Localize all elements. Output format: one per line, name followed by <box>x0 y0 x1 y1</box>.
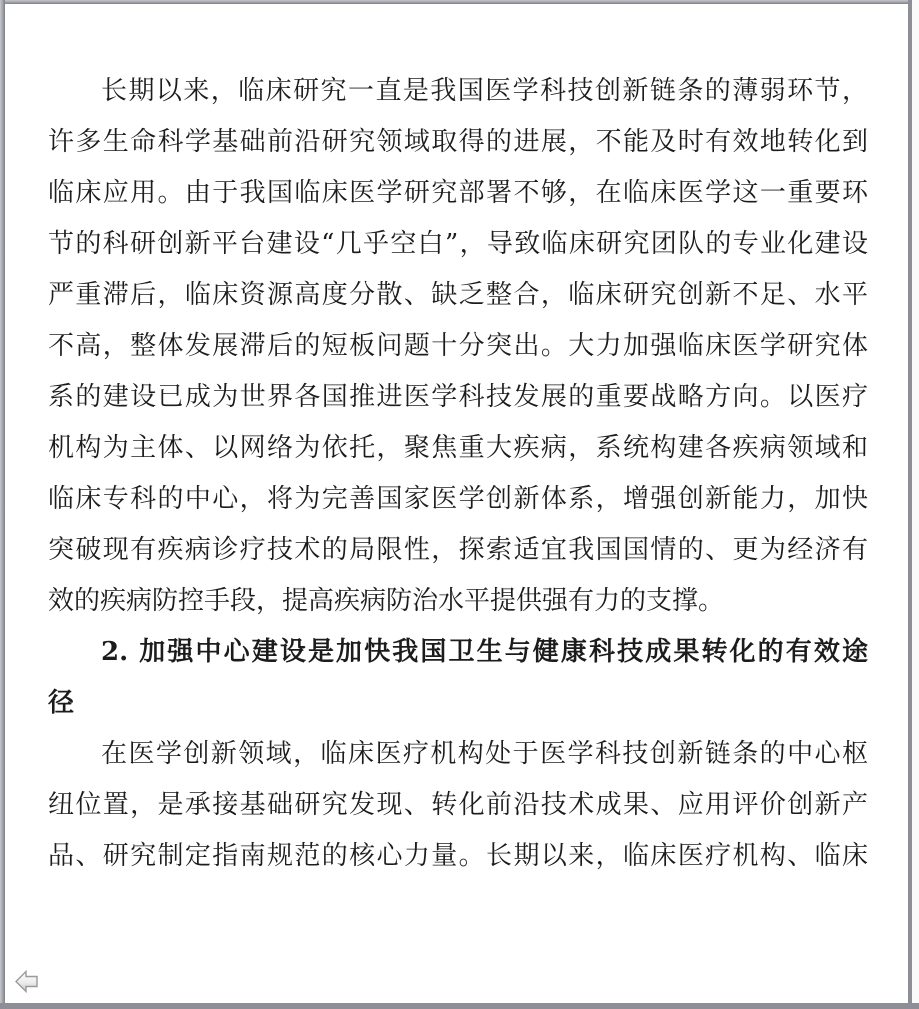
text-line: 长期以来，临床研究一直是我国医学科技创新链条的薄弱环节， <box>48 66 868 117</box>
document-page: 长期以来，临床研究一直是我国医学科技创新链条的薄弱环节，许多生命科学基础前沿研究… <box>5 4 908 1003</box>
text-line: 节的科研创新平台建设“几乎空白”，导致临床研究团队的专业化建设 <box>48 219 868 270</box>
text-line: 系的建设已成为世界各国推进医学科技发展的重要战略方向。以医疗 <box>48 372 868 423</box>
paragraph: 长期以来，临床研究一直是我国医学科技创新链条的薄弱环节，许多生命科学基础前沿研究… <box>48 66 868 627</box>
text-line: 效的疾病防控手段，提高疾病防治水平提供强有力的支撑。 <box>48 576 868 627</box>
text-line: 许多生命科学基础前沿研究领域取得的进展，不能及时有效地转化到 <box>48 117 868 168</box>
section-heading: 2. 加强中心建设是加快我国卫生与健康科技成果转化的有效途径 <box>48 627 868 729</box>
text-line: 严重滞后，临床资源高度分散、缺乏整合，临床研究创新不足、水平 <box>48 270 868 321</box>
text-line: 临床应用。由于我国临床医学研究部署不够，在临床医学这一重要环 <box>48 168 868 219</box>
text-line: 品、研究制定指南规范的核心力量。长期以来，临床医疗机构、临床 <box>48 831 868 882</box>
text-line: 突破现有疾病诊疗技术的局限性，探索适宜我国国情的、更为经济有 <box>48 525 868 576</box>
left-arrow-icon <box>15 970 39 993</box>
paragraph: 在医学创新领域，临床医疗机构处于医学科技创新链条的中心枢纽位置，是承接基础研究发… <box>48 729 868 882</box>
text-line: 机构为主体、以网络为依托，聚焦重大疾病，系统构建各疾病领域和 <box>48 423 868 474</box>
page-frame-right-margin <box>912 0 919 1003</box>
heading-line: 径 <box>48 678 868 729</box>
previous-page-button[interactable] <box>15 970 39 993</box>
text-line: 不高，整体发展滞后的短板问题十分突出。大力加强临床医学研究体 <box>48 321 868 372</box>
document-text: 长期以来，临床研究一直是我国医学科技创新链条的薄弱环节，许多生命科学基础前沿研究… <box>48 66 868 882</box>
document-viewer: 长期以来，临床研究一直是我国医学科技创新链条的薄弱环节，许多生命科学基础前沿研究… <box>0 0 919 1009</box>
text-line: 临床专科的中心，将为完善国家医学创新体系，增强创新能力，加快 <box>48 474 868 525</box>
page-frame-bottom <box>0 1003 919 1009</box>
text-line: 纽位置，是承接基础研究发现、转化前沿技术成果、应用评价创新产 <box>48 780 868 831</box>
text-line: 在医学创新领域，临床医疗机构处于医学科技创新链条的中心枢 <box>48 729 868 780</box>
heading-line: 2. 加强中心建设是加快我国卫生与健康科技成果转化的有效途 <box>48 627 868 678</box>
